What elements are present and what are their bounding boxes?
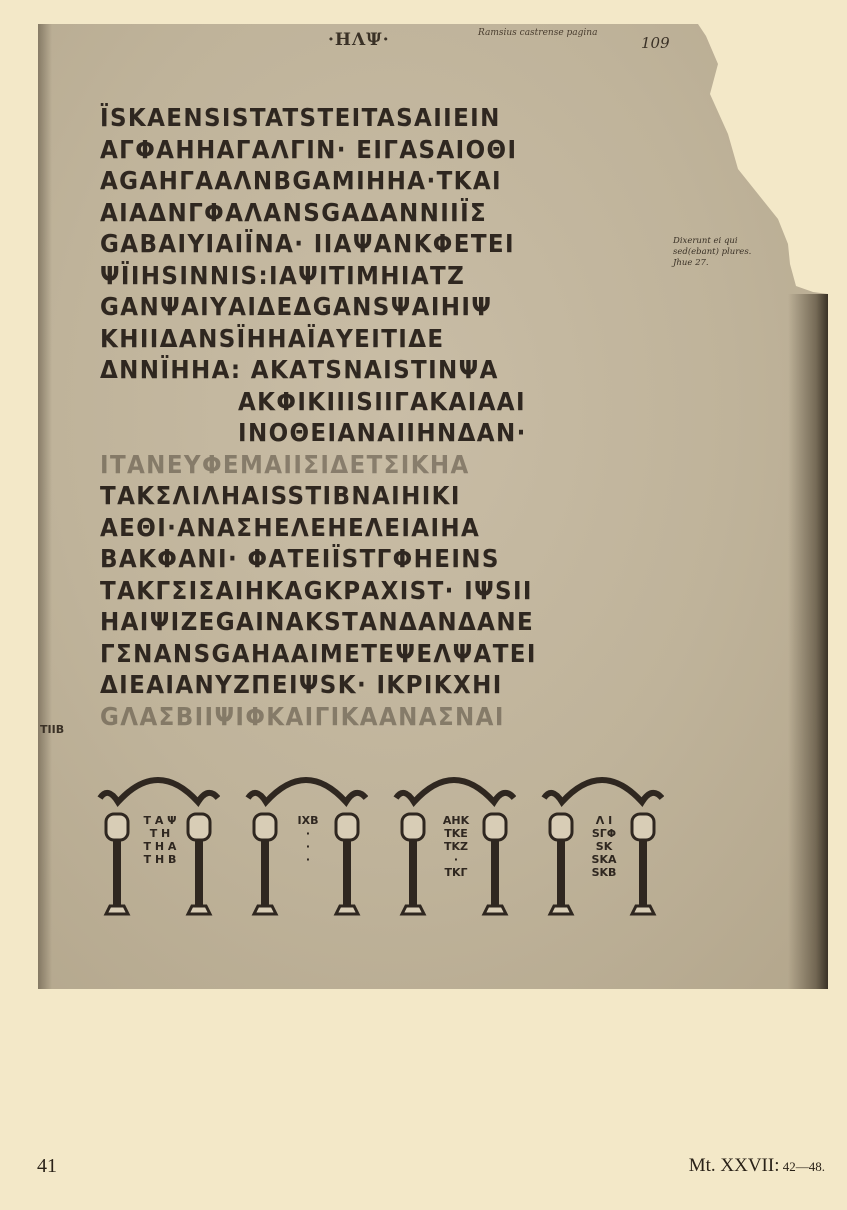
parchment-right-shadow (788, 294, 828, 989)
marginal-section-mark: TIIB (40, 723, 64, 736)
manuscript-line: ΨΪΙΗSΙΝΝΙS:ΙΑΨΙΤΙΜΗΙΑΤΖ (100, 260, 652, 292)
manuscript-line: ΓΣΝΑΝSGΑΗΑΑΙΜΕΤΕΨΕΛΨΑΤΕΙ (100, 638, 652, 670)
canon-arch: ΙΧΒ · · · (244, 776, 368, 926)
manuscript-line: GΑΒΑΙΥΙΑΙΪΝΑ· ΙΙΑΨΑΝΚΦΕΤΕΙ (100, 228, 652, 260)
canon-arch: ΑΗΚ ΤΚΕ ΤΚΖ · ΤΚΓ (392, 776, 516, 926)
manuscript-line-faded: ΙΤΑΝΕΥΦΕΜΑΙΙΣΙΔΕΤΣΙΚΗΑ (100, 449, 652, 481)
manuscript-line: ΔΙΕΑΙΑΝΥΖΠΕΙΨSΚ· ΙΚΡΙΚΧΗΙ (100, 669, 652, 701)
manuscript-line: GΑΝΨΑΙΥΑΙΔΕΔGΑΝSΨΑΙΗΙΨ (100, 291, 652, 323)
canon-numbers: Τ Α Ψ Τ Η Τ Η Α Τ Η Β (130, 814, 190, 866)
manuscript-line: ΙΝΟΘΕΙΑΝΑΙΙΗΝΔΑΝ· (100, 417, 652, 449)
reference-verses: 42—48. (780, 1159, 826, 1174)
manuscript-line: ΚΗΙΙΔΑΝSΪΗΗΑΪΑΥΕΙΤΙΔΕ (100, 323, 652, 355)
manuscript-line: ΒΑΚΦΑΝΙ· ΦΑΤΕΙΪSΤΓΦΗΕΙΝS (100, 543, 652, 575)
manuscript-line: ΑΚΦΙΚΙΙΙSΙΙΓΑΚΑΙΑΑΙ (100, 386, 652, 418)
manuscript-line: ΑGΑΗΓΑΑΛΝΒGΑΜΙΗΗΑ·ΤΚΑΙ (100, 165, 652, 197)
plate-number: 41 (37, 1155, 57, 1178)
canon-table-arcade: Τ Α Ψ Τ Η Τ Η Α Τ Η Β ΙΧΒ · · · (96, 776, 676, 926)
manuscript-line: ΗΑΙΨΙΖΕGΑΙΝΑΚSΤΑΝΔΑΝΔΑΝΕ (100, 606, 652, 638)
manuscript-line: ΑΕΘΙ·ΑΝΑΣΗΕΛΕΗΕΛΕΙΑΙΗΑ (100, 512, 652, 544)
manuscript-line: ΤΑΚΓΣΙΣΑΙΗΚΑGΚΡΑΧΙSΤ· ΙΨSΙΙ (100, 575, 652, 607)
canon-numbers: ΙΧΒ · · · (278, 814, 338, 866)
canon-arch: Λ Ι SΓΦ SΚ SΚΑ SΚΒ (540, 776, 664, 926)
canon-arch: Τ Α Ψ Τ Η Τ Η Α Τ Η Β (96, 776, 220, 926)
reference-book: Mt. XXVII: (689, 1155, 780, 1176)
manuscript-text-block: ΪSKAENSISTATSTEITASAIIEIN ΑΓΦΑΗΗΑΓΑΛΓΙΝ·… (100, 102, 700, 732)
parchment-left-edge (38, 24, 52, 989)
manuscript-line: ΪSKAENSISTATSTEITASAIIEIN (100, 102, 652, 134)
quire-mark: ·ΗΛΨ· (328, 30, 390, 50)
canon-numbers: Λ Ι SΓΦ SΚ SΚΑ SΚΒ (574, 814, 634, 879)
scripture-reference: Mt. XXVII: 42—48. (689, 1155, 825, 1177)
manuscript-line: ΤΑΚΣΛΙΛΗΑΙSSΤΙΒΝΑΙΗΙΚΙ (100, 480, 652, 512)
manuscript-line-faded: GΛΑΣΒΙΙΨΙΦΚΑΙΓΙΚΑΑΝΑΣΝΑΙ (100, 701, 652, 733)
manuscript-line: ΑΓΦΑΗΗΑΓΑΛΓΙΝ· ΕΙΓΑSΑΙΟΘΙ (100, 134, 652, 166)
manuscript-line: ΑΙΑΔΝΓΦΑΛΑΝSGΑΔΑΝΝΙΙΪΣ (100, 197, 652, 229)
canon-numbers: ΑΗΚ ΤΚΕ ΤΚΖ · ΤΚΓ (426, 814, 486, 879)
manuscript-plate: ·ΗΛΨ· Ramsius castrense pagina 109 Dixer… (38, 24, 828, 989)
manuscript-line: ΔΝΝΪΗΗΑ: ΑΚΑΤSΝΑΙSΤΙΝΨΑ (100, 354, 652, 386)
folio-number: 109 (641, 34, 670, 52)
header-annotation: Ramsius castrense pagina (478, 28, 597, 38)
